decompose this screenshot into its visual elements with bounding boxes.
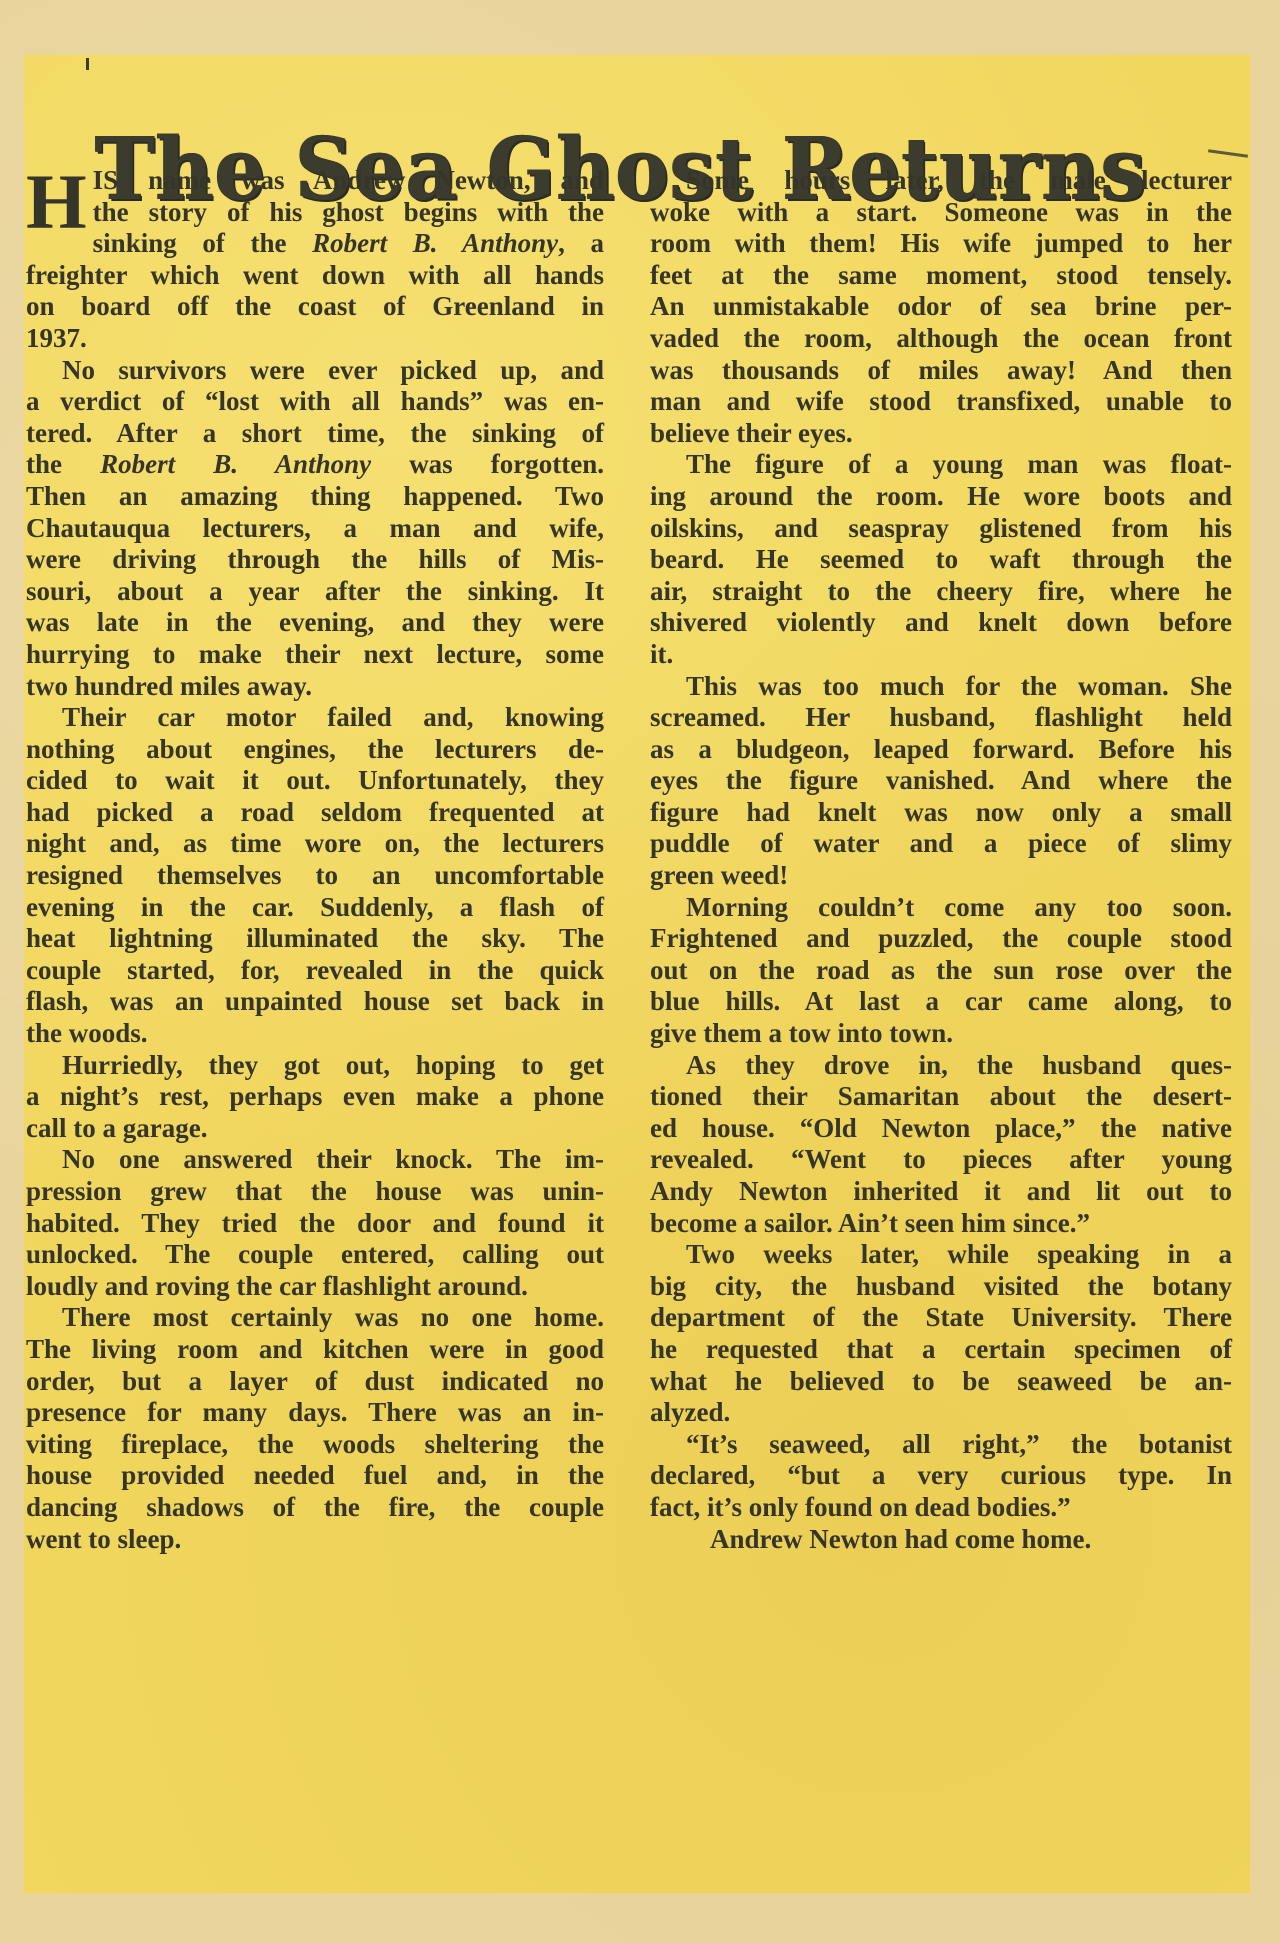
paragraph: As they drove in, the husband ques-tione… [650,1050,1232,1240]
text-line: resigned themselves to an uncomfortable [26,860,604,892]
text-line: eyes the figure vanished. And where the [650,765,1232,797]
text-line: The living room and kitchen were in good [26,1334,604,1366]
text-line: screamed. Her husband, flashlight held [650,702,1232,734]
text-line: two hundred miles away. [26,671,604,703]
text-line: pression grew that the house was unin- [26,1176,604,1208]
text-line: viting fireplace, the woods sheltering t… [26,1429,604,1461]
text-line: tioned their Samaritan about the desert- [650,1081,1232,1113]
text-line: was late in the evening, and they were [26,607,604,639]
text-line: An unmistakable odor of sea brine per- [650,291,1232,323]
text-line: give them a tow into town. [650,1018,1232,1050]
text-line: vaded the room, although the ocean front [650,323,1232,355]
text-line: freighter which went down with all hands [26,260,604,292]
text-line: green weed! [650,860,1232,892]
text-line: Two weeks later, while speaking in a [650,1239,1232,1271]
text-line: oilskins, and seaspray glistened from hi… [650,513,1232,545]
text-line: dancing shadows of the fire, the couple [26,1492,604,1524]
text-line: souri, about a year after the sinking. I… [26,576,604,608]
text-line: Some hours later, the male lecturer [650,165,1232,197]
text-line: This was too much for the woman. She [650,671,1232,703]
text-line: ed house. “Old Newton place,” the native [650,1113,1232,1145]
text-line: had picked a road seldom frequented at [26,797,604,829]
text-line: sinking of the Robert B. Anthony, a [26,228,604,260]
text-line: presence for many days. There was an in- [26,1397,604,1429]
paragraph: No survivors were ever picked up, anda v… [26,355,604,703]
text-line: feet at the same moment, stood tensely. [650,260,1232,292]
text-line: couple started, for, revealed in the qui… [26,955,604,987]
text-line: shivered violently and knelt down before [650,607,1232,639]
ship-name: Robert B. Anthony [312,228,558,258]
text-line: flash, was an unpainted house set back i… [26,986,604,1018]
text-line: Chautauqua lecturers, a man and wife, [26,513,604,545]
text-line: a night’s rest, perhaps even make a phon… [26,1081,604,1113]
text-line: The figure of a young man was float- [650,449,1232,481]
text-line: revealed. “Went to pieces after young [650,1144,1232,1176]
text-line: nothing about engines, the lecturers de- [26,734,604,766]
text-line: Frightened and puzzled, the couple stood [650,923,1232,955]
ship-name: Robert B. Anthony [100,449,371,479]
text-line: man and wife stood transfixed, unable to [650,386,1232,418]
text-line: tered. After a short time, the sinking o… [26,418,604,450]
text-line: cided to wait it out. Unfortunately, the… [26,765,604,797]
paragraph: “It’s seaweed, all right,” the botanistd… [650,1429,1232,1524]
text-line: the story of his ghost begins with the [26,197,604,229]
text-line: order, but a layer of dust indicated no [26,1366,604,1398]
text-line: went to sleep. [26,1524,604,1556]
drop-cap: H [26,171,87,233]
paragraph: Their car motor failed and, knowingnothi… [26,702,604,1050]
paragraph: Hurriedly, they got out, hoping to geta … [26,1050,604,1145]
text-line: the Robert B. Anthony was forgotten. [26,449,604,481]
scan-mark [86,58,89,70]
text-line: fact, it’s only found on dead bodies.” [650,1492,1232,1524]
paragraph: This was too much for the woman. Shescre… [650,671,1232,892]
text-line: puddle of water and a piece of slimy [650,828,1232,860]
paragraph: Andrew Newton had come home. [650,1524,1232,1556]
text-line: what he believed to be seaweed be an- [650,1366,1232,1398]
text-line: believe their eyes. [650,418,1232,450]
text-line: Their car motor failed and, knowing [26,702,604,734]
text-line: out on the road as the sun rose over the [650,955,1232,987]
text-line: blue hills. At last a car came along, to [650,986,1232,1018]
text-line: heat lightning illuminated the sky. The [26,923,604,955]
text-line: as a bludgeon, leaped forward. Before hi… [650,734,1232,766]
text-line: beard. He seemed to waft through the [650,544,1232,576]
text-line: Then an amazing thing happened. Two [26,481,604,513]
text-line: he requested that a certain specimen of [650,1334,1232,1366]
text-line: 1937. [26,323,604,355]
text-line: night and, as time wore on, the lecturer… [26,828,604,860]
text-line: Andrew Newton had come home. [650,1524,1232,1556]
text-line: loudly and roving the car flashlight aro… [26,1271,604,1303]
text-line: air, straight to the cheery fire, where … [650,576,1232,608]
text-line: ing around the room. He wore boots and [650,481,1232,513]
text-line: There most certainly was no one home. [26,1302,604,1334]
text-line: Andy Newton inherited it and lit out to [650,1176,1232,1208]
text-line: were driving through the hills of Mis- [26,544,604,576]
text-line: it. [650,639,1232,671]
text-line: IS name was Andrew Newton, and [26,165,604,197]
text-line: figure had knelt was now only a small [650,797,1232,829]
paragraph: Morning couldn’t come any too soon.Frigh… [650,892,1232,1050]
paragraph: HIS name was Andrew Newton, andthe story… [26,165,604,355]
text-line: “It’s seaweed, all right,” the botanist [650,1429,1232,1461]
text-line: declared, “but a very curious type. In [650,1460,1232,1492]
text-line: big city, the husband visited the botany [650,1271,1232,1303]
text-line: unlocked. The couple entered, calling ou… [26,1239,604,1271]
text-line: house provided needed fuel and, in the [26,1460,604,1492]
text-line: Hurriedly, they got out, hoping to get [26,1050,604,1082]
text-line: a verdict of “lost with all hands” was e… [26,386,604,418]
right-column: Some hours later, the male lecturerwoke … [650,165,1232,1555]
text-line: department of the State University. Ther… [650,1302,1232,1334]
text-line: No survivors were ever picked up, and [26,355,604,387]
text-line: alyzed. [650,1397,1232,1429]
paragraph: The figure of a young man was float-ing … [650,449,1232,670]
left-column: HIS name was Andrew Newton, andthe story… [26,165,604,1555]
text-line: habited. They tried the door and found i… [26,1208,604,1240]
text-line: the woods. [26,1018,604,1050]
text-line: on board off the coast of Greenland in [26,291,604,323]
paragraph: No one answered their knock. The im-pres… [26,1144,604,1302]
text-line: become a sailor. Ain’t seen him since.” [650,1208,1232,1240]
text-line: As they drove in, the husband ques- [650,1050,1232,1082]
text-line: call to a garage. [26,1113,604,1145]
paragraph: There most certainly was no one home.The… [26,1302,604,1555]
text-line: hurrying to make their next lecture, som… [26,639,604,671]
text-line: No one answered their knock. The im- [26,1144,604,1176]
text-line: Morning couldn’t come any too soon. [650,892,1232,924]
text-line: woke with a start. Someone was in the [650,197,1232,229]
paragraph: Some hours later, the male lecturerwoke … [650,165,1232,449]
text-line: room with them! His wife jumped to her [650,228,1232,260]
paragraph: Two weeks later, while speaking in abig … [650,1239,1232,1429]
text-line: evening in the car. Suddenly, a flash of [26,892,604,924]
text-line: was thousands of miles away! And then [650,355,1232,387]
